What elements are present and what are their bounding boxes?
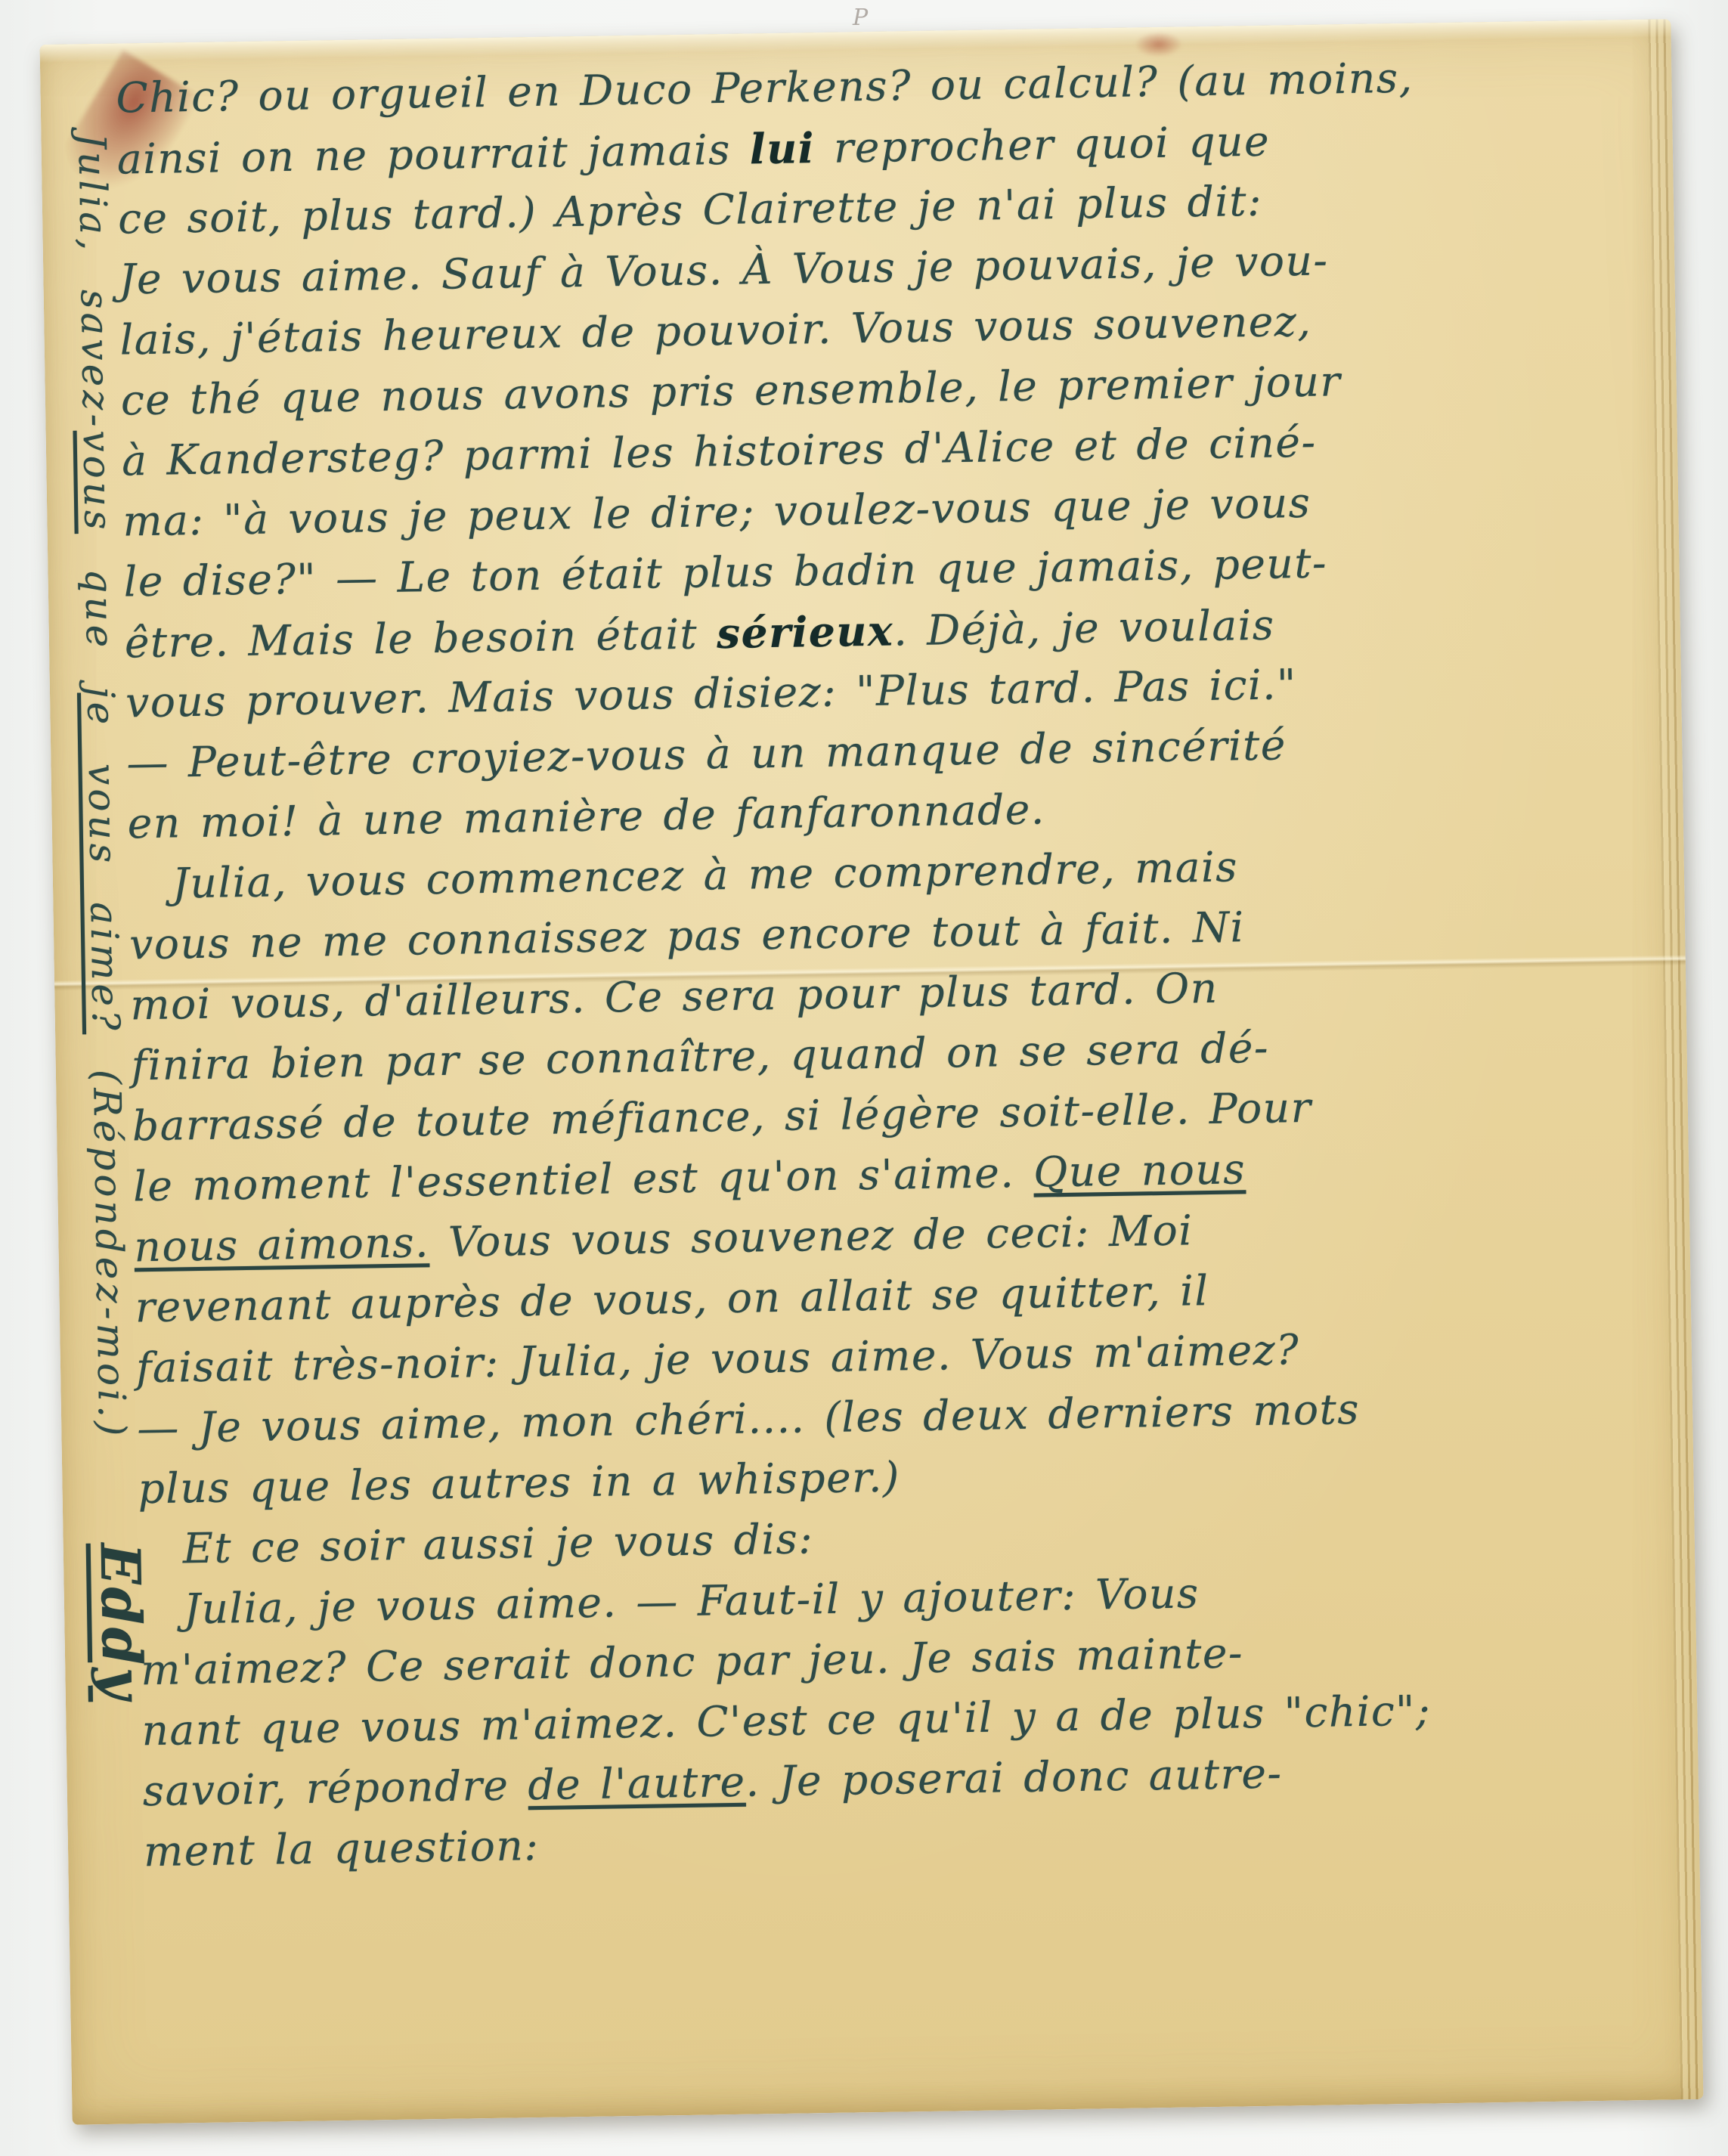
underlined-phrase: vous xyxy=(75,430,120,534)
underlined-phrase: nous aimons. xyxy=(134,1218,429,1271)
handwritten-text: . Je poserai donc autre- xyxy=(745,1749,1283,1806)
underlined-phrase: je vous aime? xyxy=(79,686,128,1035)
emphasized-word: sérieux xyxy=(717,606,894,658)
handwritten-text: (Répondez-moi.) xyxy=(84,1033,135,1475)
handwritten-text: reprocher quoi que xyxy=(815,117,1271,172)
letter-page: Julia, savez-vous que je vous aime? (Rép… xyxy=(40,19,1704,2125)
scanner-background: { "page": { "kind": "handwritten-letter-… xyxy=(0,0,1728,2156)
handwritten-text: être. Mais le besoin était xyxy=(124,609,717,667)
underlined-phrase: de l'autre xyxy=(528,1758,746,1810)
emphasized-word: lui xyxy=(749,123,815,173)
handwritten-text: ainsi on ne pourrait jamais xyxy=(116,125,750,183)
handwritten-text: savoir, répondre xyxy=(142,1761,528,1815)
handwritten-text: ment la question: xyxy=(144,1821,540,1876)
pencil-mark: P xyxy=(853,5,868,31)
handwritten-text: Chic? ou orgueil en Duco Perkens? ou cal… xyxy=(116,54,1414,122)
handwritten-text: Julia, savez- xyxy=(70,133,118,431)
handwritten-text: Et ce soir aussi je vous dis: xyxy=(182,1514,813,1572)
handwritten-text: . Déjà, je voulais xyxy=(893,601,1275,655)
letter-body: Chic? ou orgueil en Duco Perkens? ou cal… xyxy=(116,49,1692,1888)
handwritten-text: que xyxy=(76,533,122,686)
underlined-phrase: Que nous xyxy=(1033,1145,1246,1196)
small-stain xyxy=(1134,31,1183,57)
